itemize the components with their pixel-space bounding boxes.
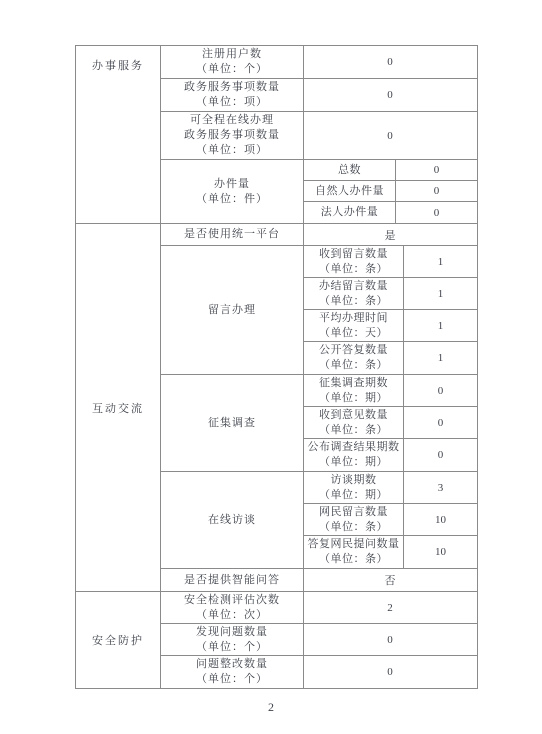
metric-label: 发现问题数量 （单位：个） bbox=[161, 624, 304, 655]
sub-metric-label: 法人办件量 bbox=[304, 202, 396, 223]
table-row: 注册用户数 （单位：个） 0 bbox=[161, 46, 477, 79]
sub-row: 自然人办件量 0 bbox=[304, 181, 477, 202]
sub-metric-label: 公开答复数量 （单位：条） bbox=[304, 342, 404, 374]
sub-row: 法人办件量 0 bbox=[304, 202, 477, 223]
table-row-nested: 留言办理 收到留言数量 （单位：条） 1 办结留言数量 （单位：条） 1 平均办… bbox=[161, 246, 477, 375]
table-row-nested: 在线访谈 访谈期数 （单位：期） 3 网民留言数量 （单位：条） 10 答复网民… bbox=[161, 472, 477, 569]
table-row-nested: 办件量 （单位：件） 总数 0 自然人办件量 0 法人办件量 0 bbox=[161, 160, 477, 223]
group-body: 是否使用统一平台 是 留言办理 收到留言数量 （单位：条） 1 办结留言数量 （… bbox=[161, 224, 477, 591]
sub-metric-value: 1 bbox=[404, 310, 477, 341]
metric-label: 留言办理 bbox=[161, 246, 304, 374]
metric-value: 2 bbox=[304, 592, 477, 623]
metric-value: 0 bbox=[304, 79, 477, 111]
sub-row: 公开答复数量 （单位：条） 1 bbox=[304, 342, 477, 374]
sub-metric-label: 征集调查期数 （单位：期） bbox=[304, 375, 404, 406]
table-group-interaction: 互动交流 是否使用统一平台 是 留言办理 收到留言数量 （单位：条） 1 办结留… bbox=[76, 224, 477, 592]
sub-metric-value: 10 bbox=[404, 504, 477, 535]
sub-metric-label: 网民留言数量 （单位：条） bbox=[304, 504, 404, 535]
metric-value: 是 bbox=[304, 224, 477, 245]
metric-label: 注册用户数 （单位：个） bbox=[161, 46, 304, 78]
sub-row: 网民留言数量 （单位：条） 10 bbox=[304, 504, 477, 536]
sub-row: 征集调查期数 （单位：期） 0 bbox=[304, 375, 477, 407]
sub-metric-value: 0 bbox=[396, 202, 477, 223]
group-body: 安全检测评估次数 （单位：次） 2 发现问题数量 （单位：个） 0 问题整改数量… bbox=[161, 592, 477, 688]
sub-metric-label: 答复网民提问数量 （单位：条） bbox=[304, 536, 404, 568]
table-group-security: 安全防护 安全检测评估次数 （单位：次） 2 发现问题数量 （单位：个） 0 问… bbox=[76, 592, 477, 688]
sub-rows: 征集调查期数 （单位：期） 0 收到意见数量 （单位：条） 0 公布调查结果期数… bbox=[304, 375, 477, 471]
sub-metric-value: 1 bbox=[404, 246, 477, 277]
metric-value: 0 bbox=[304, 624, 477, 655]
metric-label: 问题整改数量 （单位：个） bbox=[161, 656, 304, 688]
metric-label: 政务服务事项数量 （单位：项） bbox=[161, 79, 304, 111]
sub-metric-value: 0 bbox=[404, 375, 477, 406]
metric-label: 在线访谈 bbox=[161, 472, 304, 568]
sub-metric-label: 自然人办件量 bbox=[304, 181, 396, 201]
metric-label: 办件量 （单位：件） bbox=[161, 160, 304, 223]
sub-row: 收到意见数量 （单位：条） 0 bbox=[304, 407, 477, 439]
sub-metric-label: 办结留言数量 （单位：条） bbox=[304, 278, 404, 309]
sub-metric-label: 收到留言数量 （单位：条） bbox=[304, 246, 404, 277]
group-label: 互动交流 bbox=[76, 224, 161, 591]
sub-row: 收到留言数量 （单位：条） 1 bbox=[304, 246, 477, 278]
sub-metric-value: 10 bbox=[404, 536, 477, 568]
sub-metric-label: 总数 bbox=[304, 160, 396, 180]
metric-value: 0 bbox=[304, 656, 477, 688]
sub-rows: 总数 0 自然人办件量 0 法人办件量 0 bbox=[304, 160, 477, 223]
table-row: 是否使用统一平台 是 bbox=[161, 224, 477, 246]
metric-value: 否 bbox=[304, 569, 477, 591]
table-row: 政务服务事项数量 （单位：项） 0 bbox=[161, 79, 477, 112]
sub-metric-label: 公布调查结果期数 （单位：期） bbox=[304, 439, 404, 471]
table-row: 可全程在线办理 政务服务事项数量 （单位：项） 0 bbox=[161, 112, 477, 160]
group-label: 安全防护 bbox=[76, 592, 161, 688]
sub-row: 平均办理时间 （单位：天） 1 bbox=[304, 310, 477, 342]
metric-label: 是否使用统一平台 bbox=[161, 224, 304, 245]
sub-row: 总数 0 bbox=[304, 160, 477, 181]
metric-label: 征集调查 bbox=[161, 375, 304, 471]
metric-value: 0 bbox=[304, 46, 477, 78]
sub-rows: 访谈期数 （单位：期） 3 网民留言数量 （单位：条） 10 答复网民提问数量 … bbox=[304, 472, 477, 568]
report-table: 办事服务 注册用户数 （单位：个） 0 政务服务事项数量 （单位：项） 0 可全… bbox=[75, 45, 478, 689]
sub-row: 答复网民提问数量 （单位：条） 10 bbox=[304, 536, 477, 568]
metric-value: 0 bbox=[304, 112, 477, 159]
table-row: 安全检测评估次数 （单位：次） 2 bbox=[161, 592, 477, 624]
sub-metric-value: 0 bbox=[404, 439, 477, 471]
table-row: 问题整改数量 （单位：个） 0 bbox=[161, 656, 477, 688]
sub-row: 办结留言数量 （单位：条） 1 bbox=[304, 278, 477, 310]
sub-row: 公布调查结果期数 （单位：期） 0 bbox=[304, 439, 477, 471]
sub-metric-label: 收到意见数量 （单位：条） bbox=[304, 407, 404, 438]
group-label: 办事服务 bbox=[76, 46, 161, 223]
sub-metric-value: 0 bbox=[396, 160, 477, 180]
document-page: 办事服务 注册用户数 （单位：个） 0 政务服务事项数量 （单位：项） 0 可全… bbox=[0, 0, 542, 734]
sub-row: 访谈期数 （单位：期） 3 bbox=[304, 472, 477, 504]
metric-label: 是否提供智能问答 bbox=[161, 569, 304, 591]
sub-metric-value: 1 bbox=[404, 342, 477, 374]
sub-metric-value: 3 bbox=[404, 472, 477, 503]
metric-label: 安全检测评估次数 （单位：次） bbox=[161, 592, 304, 623]
table-row: 发现问题数量 （单位：个） 0 bbox=[161, 624, 477, 656]
sub-metric-label: 访谈期数 （单位：期） bbox=[304, 472, 404, 503]
page-number: 2 bbox=[0, 700, 542, 715]
sub-metric-value: 0 bbox=[404, 407, 477, 438]
sub-metric-value: 0 bbox=[396, 181, 477, 201]
metric-label: 可全程在线办理 政务服务事项数量 （单位：项） bbox=[161, 112, 304, 159]
sub-rows: 收到留言数量 （单位：条） 1 办结留言数量 （单位：条） 1 平均办理时间 （… bbox=[304, 246, 477, 374]
table-row-nested: 征集调查 征集调查期数 （单位：期） 0 收到意见数量 （单位：条） 0 公布调… bbox=[161, 375, 477, 472]
table-row: 是否提供智能问答 否 bbox=[161, 569, 477, 591]
sub-metric-value: 1 bbox=[404, 278, 477, 309]
sub-metric-label: 平均办理时间 （单位：天） bbox=[304, 310, 404, 341]
table-group-service: 办事服务 注册用户数 （单位：个） 0 政务服务事项数量 （单位：项） 0 可全… bbox=[76, 46, 477, 224]
group-body: 注册用户数 （单位：个） 0 政务服务事项数量 （单位：项） 0 可全程在线办理… bbox=[161, 46, 477, 223]
